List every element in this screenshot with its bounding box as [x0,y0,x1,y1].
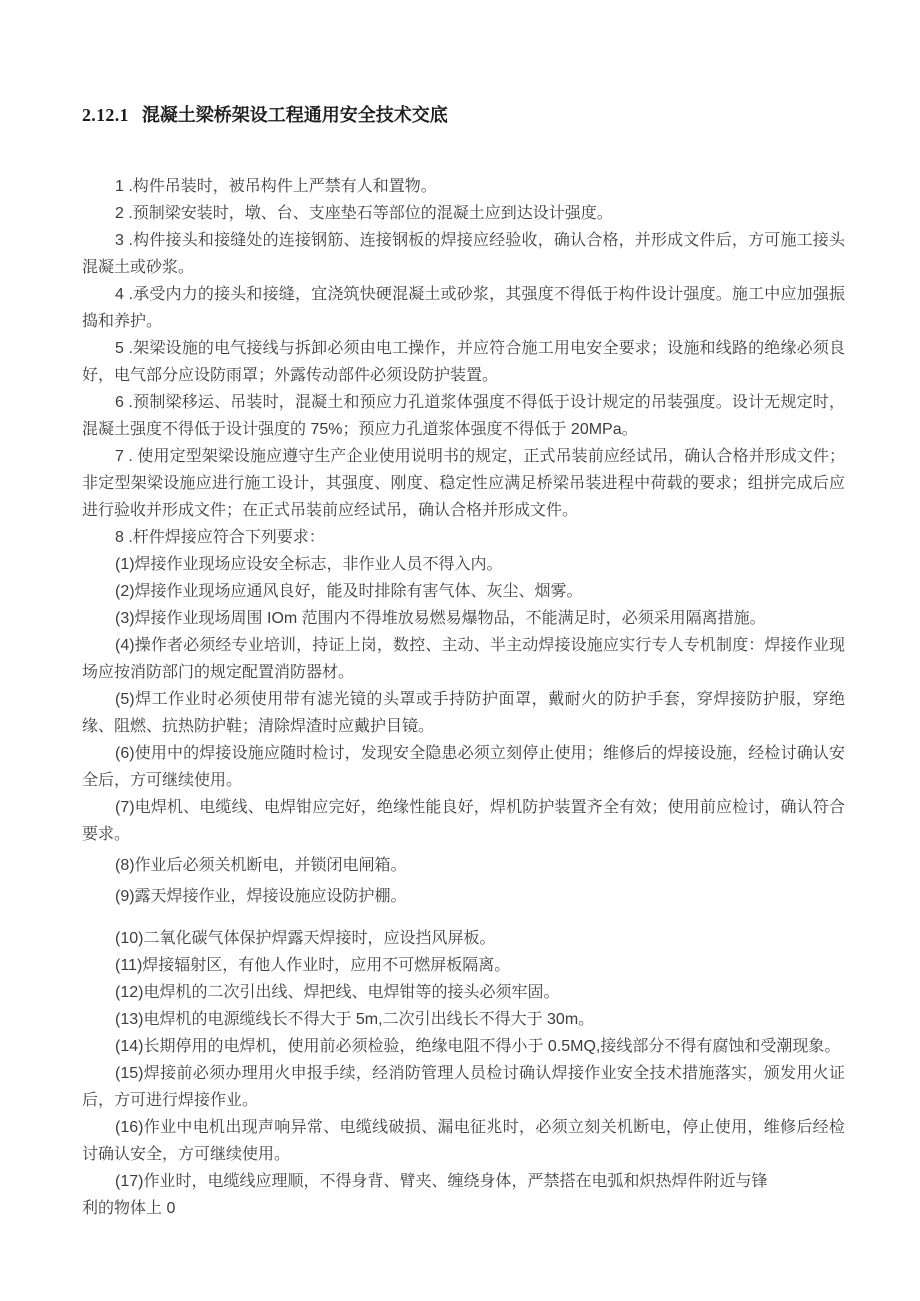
section-title: 2.12.1混凝土梁桥架设工程通用安全技术交底 [82,104,845,126]
document-body: 1 .构件吊装时，被吊构件上严禁有人和置物。 2 .预制梁安装时，墩、台、支座垫… [82,173,845,1222]
doc-paragraph: (15)焊接前必须办理用火申报手续，经消防管理人员检讨确认焊接作业安全技术措施落… [82,1060,845,1114]
doc-paragraph: (6)使用中的焊接设施应随时检讨，发现安全隐患必须立刻停止使用；维修后的焊接设施… [82,740,845,794]
doc-paragraph: (9)露天焊接作业，焊接设施应设防护棚。 [82,883,845,910]
doc-paragraph: (11)焊接辐射区，有他人作业时，应用不可燃屏板隔离。 [82,952,845,979]
doc-paragraph: (4)操作者必须经专业培训，持证上岗，数控、主动、半主动焊接设施应实行专人专机制… [82,632,845,686]
doc-paragraph: 1 .构件吊装时，被吊构件上严禁有人和置物。 [82,173,845,200]
doc-paragraph: (7)电焊机、电缆线、电焊钳应完好，绝缘性能良好，焊机防护装置齐全有效；使用前应… [82,794,845,848]
doc-paragraph: (3)焊接作业现场周围 IOm 范围内不得堆放易燃易爆物品，不能满足时，必须采用… [82,605,845,632]
doc-paragraph-continuation: 利的物体上 0 [82,1195,845,1222]
doc-paragraph: (13)电焊机的电源缆线长不得大于 5m,二次引出线长不得大于 30m。 [82,1006,845,1033]
doc-paragraph: (12)电焊机的二次引出线、焊把线、电焊钳等的接头必须牢固。 [82,979,845,1006]
doc-paragraph: (5)焊工作业时必须使用带有滤光镜的头罩或手持防护面罩，戴耐火的防护手套，穿焊接… [82,686,845,740]
doc-paragraph: (8)作业后必须关机断电，并锁闭电闸箱。 [82,852,845,879]
doc-paragraph: (2)焊接作业现场应通风良好，能及时排除有害气体、灰尘、烟雾。 [82,578,845,605]
doc-paragraph: (16)作业中电机出现声响异常、电缆线破损、漏电征兆时，必须立刻关机断电，停止使… [82,1114,845,1168]
doc-paragraph: 2 .预制梁安装时，墩、台、支座垫石等部位的混凝土应到达设计强度。 [82,200,845,227]
doc-paragraph: (10)二氧化碳气体保护焊露天焊接时，应设挡风屏板。 [82,925,845,952]
doc-paragraph: 6 .预制梁移运、吊装时，混凝土和预应力孔道浆体强度不得低于设计规定的吊装强度。… [82,389,845,443]
doc-paragraph: 4 .承受内力的接头和接缝，宜浇筑快硬混凝土或砂浆，其强度不得低于构件设计强度。… [82,281,845,335]
doc-paragraph: (14)长期停用的电焊机，使用前必须检验，绝缘电阻不得小于 0.5MQ,接线部分… [82,1033,845,1060]
section-number: 2.12.1 [82,104,129,126]
doc-paragraph: 8 .杆件焊接应符合下列要求： [82,524,845,551]
document-page: 2.12.1混凝土梁桥架设工程通用安全技术交底 1 .构件吊装时，被吊构件上严禁… [0,0,920,1301]
doc-paragraph: 3 .构件接头和接缝处的连接钢筋、连接钢板的焊接应经验收，确认合格，并形成文件后… [82,227,845,281]
doc-paragraph: (1)焊接作业现场应设安全标志，非作业人员不得入内。 [82,551,845,578]
doc-paragraph: (17)作业时，电缆线应理顺，不得身背、臂夹、缠绕身体，严禁搭在电弧和炽热焊件附… [82,1168,845,1195]
doc-paragraph: 5 .架梁设施的电气接线与拆卸必须由电工操作，并应符合施工用电安全要求；设施和线… [82,335,845,389]
doc-paragraph: 7 . 使用定型架梁设施应遵守生产企业使用说明书的规定，正式吊装前应经试吊，确认… [82,443,845,524]
section-title-text: 混凝土梁桥架设工程通用安全技术交底 [142,105,448,125]
